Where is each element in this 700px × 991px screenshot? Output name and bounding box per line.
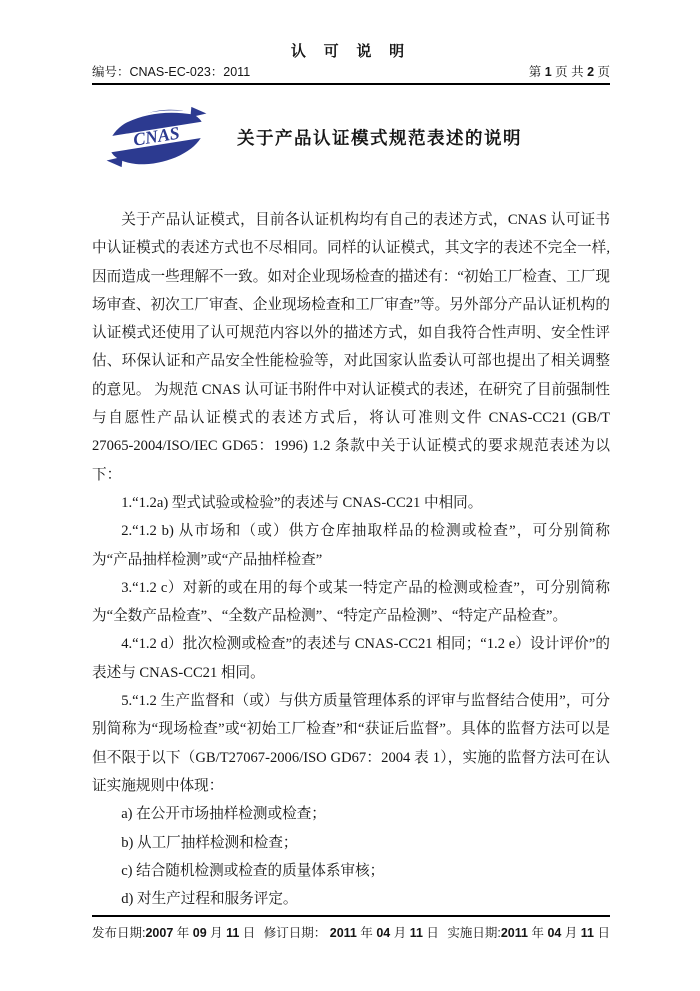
doc-type-title: 认 可 说 明 xyxy=(92,42,610,62)
header-meta-row: 编号：CNAS-EC-023：2011 第 1 页 共 2 页 xyxy=(92,65,610,80)
document-page: 认 可 说 明 编号：CNAS-EC-023：2011 第 1 页 共 2 页 … xyxy=(0,0,700,991)
paragraph-item-3: 3.“1.2 c）对新的或在用的每个或某一特定产品的检测或检查”，可分别简称为“… xyxy=(92,574,610,631)
doc-number: 编号：CNAS-EC-023：2011 xyxy=(92,65,250,80)
paragraph-item-5: 5.“1.2 生产监督和（或）与供方质量管理体系的评审与监督结合使用”，可分别简… xyxy=(92,687,610,800)
paragraph-item-1: 1.“1.2a) 型式试验或检验”的表述与 CNAS-CC21 中相同。 xyxy=(92,489,610,517)
revision-date: 修订日期： 2011 年 04 月 11 日 xyxy=(264,923,439,941)
page-footer: 发布日期:2007 年 09 月 11 日 修订日期： 2011 年 04 月 … xyxy=(92,915,610,941)
document-body: 关于产品认证模式，目前各认证机构均有自己的表述方式，CNAS 认可证书中认证模式… xyxy=(92,206,610,918)
page-header: 认 可 说 明 编号：CNAS-EC-023：2011 第 1 页 共 2 页 xyxy=(0,0,700,85)
page-indicator: 第 1 页 共 2 页 xyxy=(529,65,610,80)
logo-arrow-bottom-icon xyxy=(107,157,123,167)
title-row: CNAS 关于产品认证模式规范表述的说明 xyxy=(100,101,610,173)
publish-date: 发布日期:2007 年 09 月 11 日 xyxy=(92,923,255,941)
implementation-date: 实施日期:2011 年 04 月 11 日 xyxy=(447,923,610,941)
footer-dates-row: 发布日期:2007 年 09 月 11 日 修订日期： 2011 年 04 月 … xyxy=(92,923,610,941)
list-item-c: c) 结合随机检测或检查的质量体系审核； xyxy=(92,857,610,885)
header-divider xyxy=(92,83,610,85)
cnas-logo-icon: CNAS xyxy=(100,101,213,173)
list-item-b: b) 从工厂抽样检测和检查； xyxy=(92,829,610,857)
list-item-d: d) 对生产过程和服务评定。 xyxy=(92,885,610,913)
logo-arrow-top-icon xyxy=(190,107,206,117)
list-item-a: a) 在公开市场抽样检测或检查； xyxy=(92,800,610,828)
paragraph-intro: 关于产品认证模式，目前各认证机构均有自己的表述方式，CNAS 认可证书中认证模式… xyxy=(92,206,610,489)
footer-divider xyxy=(92,915,610,917)
document-title: 关于产品认证模式规范表述的说明 xyxy=(237,125,522,150)
paragraph-item-4: 4.“1.2 d）批次检测或检查”的表述与 CNAS-CC21 相同；“1.2 … xyxy=(92,630,610,687)
paragraph-item-2: 2.“1.2 b) 从市场和（或）供方仓库抽取样品的检测或检查”，可分别简称为“… xyxy=(92,517,610,574)
